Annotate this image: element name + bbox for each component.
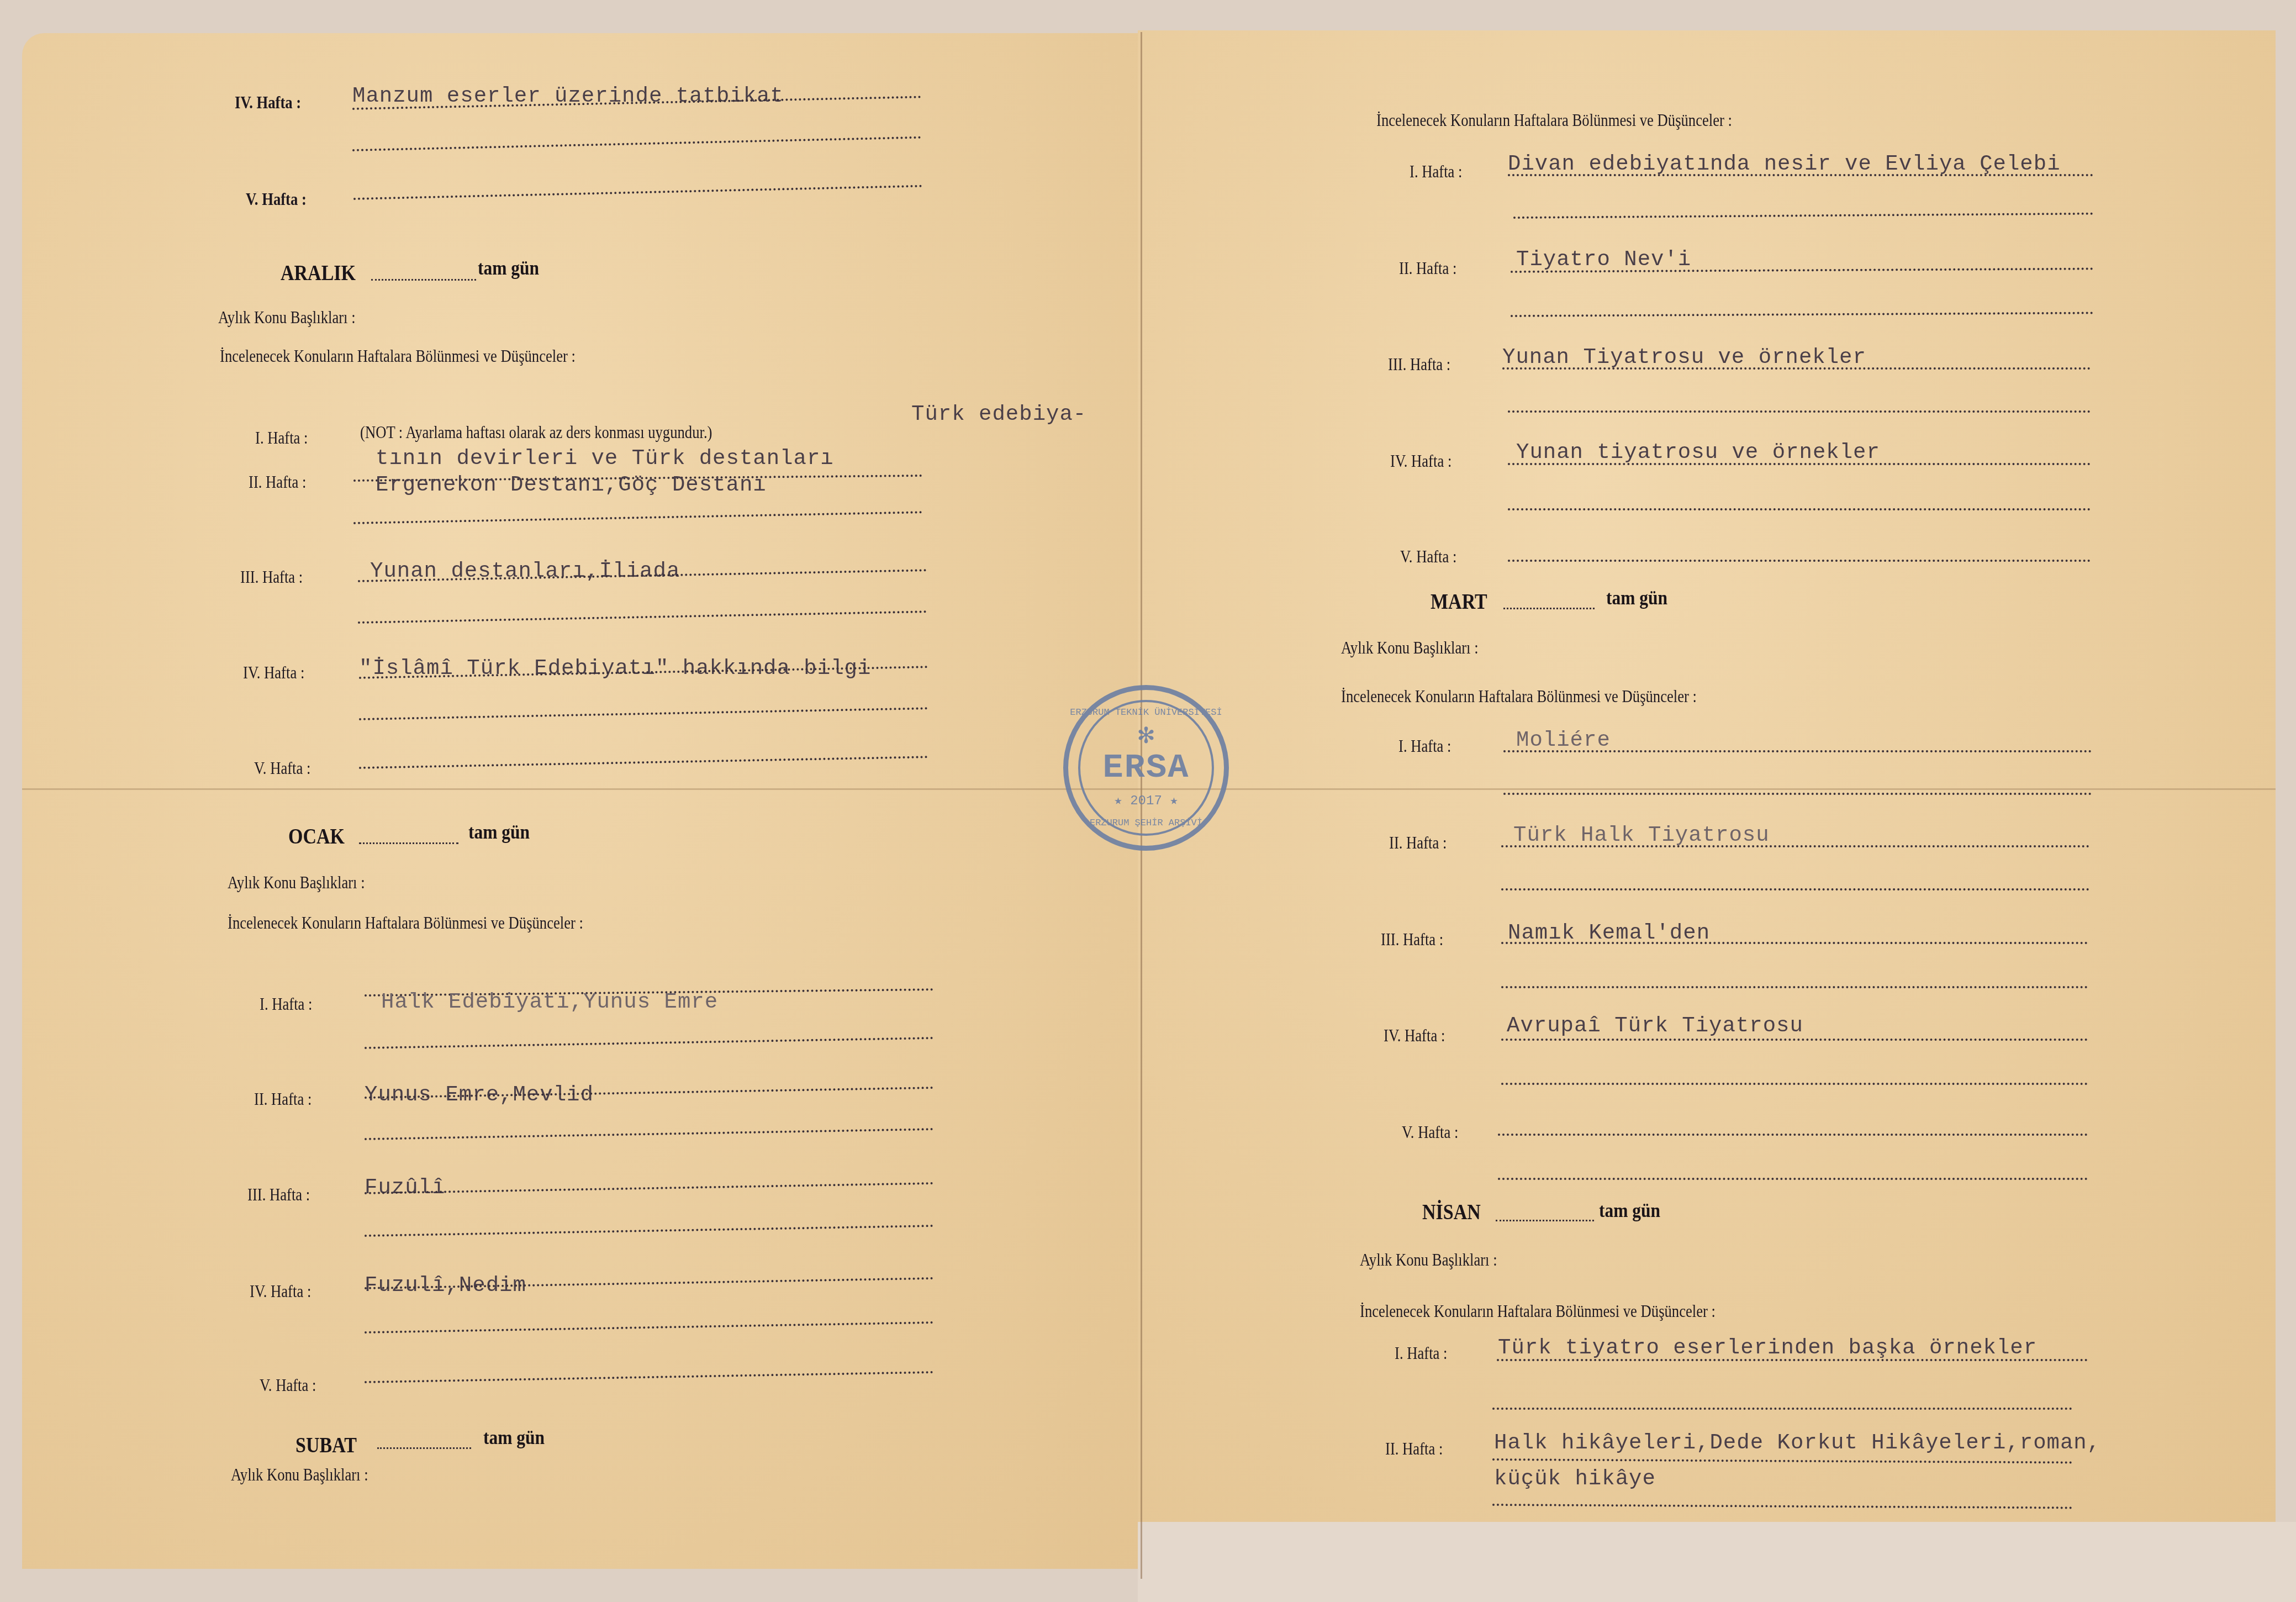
incelenecek-label: İncelenecek Konuların Haftalara Bölünmes… xyxy=(1341,687,1697,707)
week-entry[interactable]: küçük hikâye xyxy=(1494,1467,1656,1491)
week-label: II. Hafta : xyxy=(1399,259,1456,278)
week-label: IV. Hafta : xyxy=(235,93,301,113)
entry-line xyxy=(1503,750,2092,752)
entry-line xyxy=(1508,463,2091,465)
entry-line xyxy=(1501,1083,2088,1085)
week-entry[interactable]: Türk Halk Tiyatrosu xyxy=(1513,823,1770,847)
week-entry[interactable]: Halk Edebiyatı,Yunus Emre xyxy=(381,990,718,1014)
entry-line xyxy=(1501,888,2089,890)
week-label: III. Hafta : xyxy=(247,1185,310,1205)
aylik-konu-label: Aylık Konu Başlıkları : xyxy=(1360,1250,1497,1270)
week-label: V. Hafta : xyxy=(246,189,307,209)
note-text: (NOT : Ayarlama haftası olarak az ders k… xyxy=(360,423,712,442)
week-entry[interactable]: Türk tiyatro eserlerinden başka örnekler xyxy=(1498,1336,2037,1360)
entry-line xyxy=(1501,986,2088,988)
left-page xyxy=(22,33,1149,1569)
week-label: II. Hafta : xyxy=(254,1089,312,1109)
entry-line xyxy=(1502,367,2091,370)
week-label: I. Hafta : xyxy=(1410,162,1462,182)
incelenecek-label: İncelenecek Konuların Haftalara Bölünmes… xyxy=(220,346,576,366)
tam-gun-label: tam gün xyxy=(1606,587,1667,609)
week-entry[interactable]: tının devirleri ve Türk destanları xyxy=(376,446,834,471)
week-label: V. Hafta : xyxy=(260,1376,316,1395)
week-label: IV. Hafta : xyxy=(243,663,304,683)
tam-gun-label: tam gün xyxy=(483,1427,545,1449)
entry-line xyxy=(1508,508,2091,510)
week-label: III. Hafta : xyxy=(1381,930,1443,950)
week-entry[interactable]: Ergenekon Destanı,Göç Destanı xyxy=(376,473,767,497)
week-entry[interactable]: Yunan tiyatrosu ve örnekler xyxy=(1516,440,1880,465)
days-field[interactable] xyxy=(1503,608,1595,609)
incelenecek-label: İncelenecek Konuların Haftalara Bölünmes… xyxy=(228,913,583,933)
tam-gun-label: tam gün xyxy=(1599,1200,1660,1222)
week-entry[interactable]: Halk hikâyeleri,Dede Korkut Hikâyeleri,r… xyxy=(1494,1431,2100,1455)
entry-line xyxy=(1503,793,2092,795)
stamp-title: ERSA xyxy=(1068,748,1224,787)
month-heading: OCAK xyxy=(288,823,345,849)
week-label: III. Hafta : xyxy=(1388,355,1450,375)
week-entry[interactable]: Yunan Tiyatrosu ve örnekler xyxy=(1502,345,1866,370)
week-entry[interactable]: Moliére xyxy=(1516,728,1611,752)
month-heading: SUBAT xyxy=(295,1432,357,1458)
entry-line xyxy=(1501,942,2088,944)
days-field[interactable] xyxy=(377,1447,471,1449)
week-label: I. Hafta : xyxy=(1395,1343,1447,1363)
week-entry[interactable]: Türk edebiya- xyxy=(911,402,1086,426)
week-label: I. Hafta : xyxy=(260,994,312,1014)
week-label: I. Hafta : xyxy=(255,428,308,448)
aylik-konu-label: Aylık Konu Başlıkları : xyxy=(1341,638,1479,658)
entry-line xyxy=(1498,1134,2088,1136)
snowflake-icon: ✻ xyxy=(1068,723,1224,749)
week-label: V. Hafta : xyxy=(1402,1123,1458,1142)
week-label: II. Hafta : xyxy=(249,472,306,492)
days-field[interactable] xyxy=(371,279,476,281)
incelenecek-label: İncelenecek Konuların Haftalara Bölünmes… xyxy=(1376,110,1732,130)
entry-line xyxy=(1508,410,2091,413)
week-label: IV. Hafta : xyxy=(1390,451,1452,471)
aylik-konu-label: Aylık Konu Başlıkları : xyxy=(231,1465,368,1485)
week-label: II. Hafta : xyxy=(1389,833,1447,853)
aylik-konu-label: Aylık Konu Başlıkları : xyxy=(218,308,356,328)
week-label: IV. Hafta : xyxy=(250,1282,311,1301)
stamp-top-text: ERZURUM TEKNİK ÜNİVERSİTESİ xyxy=(1068,708,1224,718)
week-label: I. Hafta : xyxy=(1398,736,1451,756)
month-heading: MART xyxy=(1431,588,1487,614)
entry-line xyxy=(1497,1359,2088,1361)
archive-stamp: ERZURUM TEKNİK ÜNİVERSİTESİ ✻ ERSA ★ 201… xyxy=(1063,685,1229,851)
right-page xyxy=(1138,30,2276,1522)
entry-line xyxy=(1508,560,2091,562)
entry-line xyxy=(1498,1178,2088,1180)
stamp-year: ★ 2017 ★ xyxy=(1068,792,1224,809)
week-entry[interactable]: Fuzûlî xyxy=(365,1176,445,1200)
entry-line xyxy=(1501,845,2089,847)
month-heading: ARALIK xyxy=(281,260,356,286)
week-entry[interactable]: Tiyatro Nev'i xyxy=(1516,247,1691,272)
days-field[interactable] xyxy=(359,842,458,844)
incelenecek-label: İncelenecek Konuların Haftalara Bölünmes… xyxy=(1360,1301,1716,1321)
week-label: V. Hafta : xyxy=(254,758,310,778)
month-heading: NİSAN xyxy=(1422,1199,1481,1225)
entry-line xyxy=(1508,174,2093,176)
stamp-bottom-text: ERZURUM ŞEHİR ARŞİVİ xyxy=(1068,818,1224,829)
tam-gun-label: tam gün xyxy=(478,257,539,280)
background-surface xyxy=(1138,1522,2296,1602)
days-field[interactable] xyxy=(1496,1220,1594,1221)
week-entry[interactable]: Avrupaî Türk Tiyatrosu xyxy=(1507,1014,1803,1038)
week-label: IV. Hafta : xyxy=(1384,1026,1445,1046)
aylik-konu-label: Aylık Konu Başlıkları : xyxy=(228,873,365,893)
week-entry[interactable]: Divan edebiyatında nesir ve Evliya Çeleb… xyxy=(1508,152,2061,176)
week-label: V. Hafta : xyxy=(1400,547,1456,567)
entry-line xyxy=(1492,1408,2072,1410)
tam-gun-label: tam gün xyxy=(468,821,530,844)
entry-line xyxy=(1501,1039,2088,1041)
week-label: III. Hafta : xyxy=(240,567,303,587)
week-label: II. Hafta : xyxy=(1385,1439,1443,1459)
